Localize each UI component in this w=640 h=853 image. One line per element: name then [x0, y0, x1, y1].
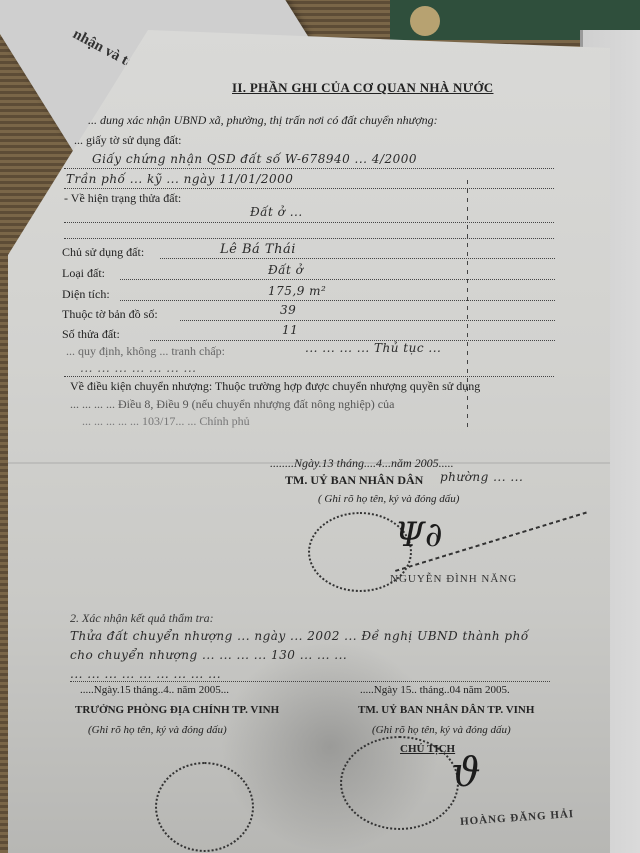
- papers-handwriting-1: Giấy chứng nhận QSD đất số W-678940 ... …: [92, 152, 417, 166]
- dotted-line: [64, 238, 554, 239]
- signature-1: Ψ∂: [395, 515, 442, 555]
- dotted-line: [160, 258, 555, 259]
- dotted-line: [64, 222, 554, 223]
- sign-hint-2: (Ghi rõ họ tên, ký và đóng dấu): [88, 724, 227, 736]
- section-title: II. PHẦN GHI CỦA CƠ QUAN NHÀ NƯỚC: [232, 80, 493, 96]
- land-type-handwriting: Đất ở: [268, 263, 303, 277]
- date-2: .....Ngày.15 tháng..4.. năm 2005...: [80, 684, 229, 696]
- dotted-line: [180, 320, 555, 321]
- owner-handwriting: Lê Bá Thái: [220, 242, 296, 257]
- plot-handwriting: 11: [282, 323, 298, 337]
- intro-line: ... dung xác nhận UBND xã, phường, thị t…: [88, 113, 438, 128]
- sign-hint-3: (Ghi rõ họ tên, ký và đóng dấu): [372, 724, 511, 736]
- dotted-line: [120, 279, 555, 280]
- condition-line-3: ... ... ... ... ... 103/17... ... Chính …: [82, 414, 250, 429]
- verify-handwriting-2: cho chuyển nhượng ... ... ... ... 130 ..…: [70, 648, 347, 662]
- area-handwriting: 175,9 m²: [268, 284, 326, 298]
- committee-1-handwriting: phường ... ...: [440, 470, 523, 484]
- land-type-label: Loại đất:: [62, 266, 105, 281]
- condition-line-1: Về điều kiện chuyển nhượng: Thuộc trường…: [70, 379, 480, 394]
- dispute-handwriting-2: ... ... ... ... ... ... ...: [80, 361, 197, 375]
- dotted-line: [64, 168, 554, 169]
- plot-label: Số thửa đất:: [62, 327, 120, 342]
- official-stamp-2: [155, 762, 254, 852]
- map-sheet-handwriting: 39: [280, 303, 296, 317]
- verify-label: 2. Xác nhận kết quả thẩm tra:: [70, 611, 214, 626]
- signer-1-name: NGUYỄN ĐÌNH NĂNG: [390, 573, 517, 585]
- dispute-label: ... quy định, không ... tranh chấp:: [66, 344, 225, 359]
- sign-hint-1: ( Ghi rõ họ tên, ký và đóng dấu): [318, 493, 459, 505]
- signature-3: ϑ: [452, 750, 481, 796]
- dotted-line: [64, 188, 554, 189]
- dotted-line: [120, 300, 555, 301]
- committee-1-title: TM. UỶ BAN NHÂN DÂN: [285, 473, 423, 488]
- dotted-line: [70, 681, 550, 682]
- owner-label: Chủ sử dụng đất:: [62, 245, 144, 260]
- stamp-chairman-title: CHỦ TỊCH: [400, 743, 455, 755]
- map-sheet-label: Thuộc tờ bản đồ số:: [62, 307, 158, 322]
- office-title: TRƯỞNG PHÒNG ĐỊA CHÍNH TP. VINH: [75, 704, 279, 716]
- area-label: Diện tích:: [62, 287, 110, 302]
- committee-2-title: TM. UỶ BAN NHÂN DÂN TP. VINH: [358, 704, 534, 716]
- papers-label: ... giấy tờ sử dụng đất:: [74, 133, 182, 148]
- verify-handwriting-1: Thửa đất chuyển nhượng ... ngày ... 2002…: [70, 629, 529, 643]
- date-1: ........Ngày.13 tháng....4...năm 2005...…: [270, 456, 454, 471]
- dotted-line: [64, 376, 554, 377]
- date-3: .....Ngày 15.. tháng..04 năm 2005.: [360, 684, 510, 696]
- papers-handwriting-2: Trần phố ... kỹ ... ngày 11/01/2000: [66, 172, 293, 186]
- status-handwriting: Đất ở ...: [250, 205, 303, 219]
- condition-line-2: ... ... ... ... Điều 8, Điều 9 (nếu chuy…: [70, 397, 394, 412]
- verify-handwriting-3: ... ... ... ... ... ... ... ... ...: [70, 667, 221, 681]
- status-label: - Về hiện trạng thửa đất:: [64, 191, 181, 206]
- dispute-handwriting-1: ... ... ... ... Thủ tục ...: [305, 341, 441, 355]
